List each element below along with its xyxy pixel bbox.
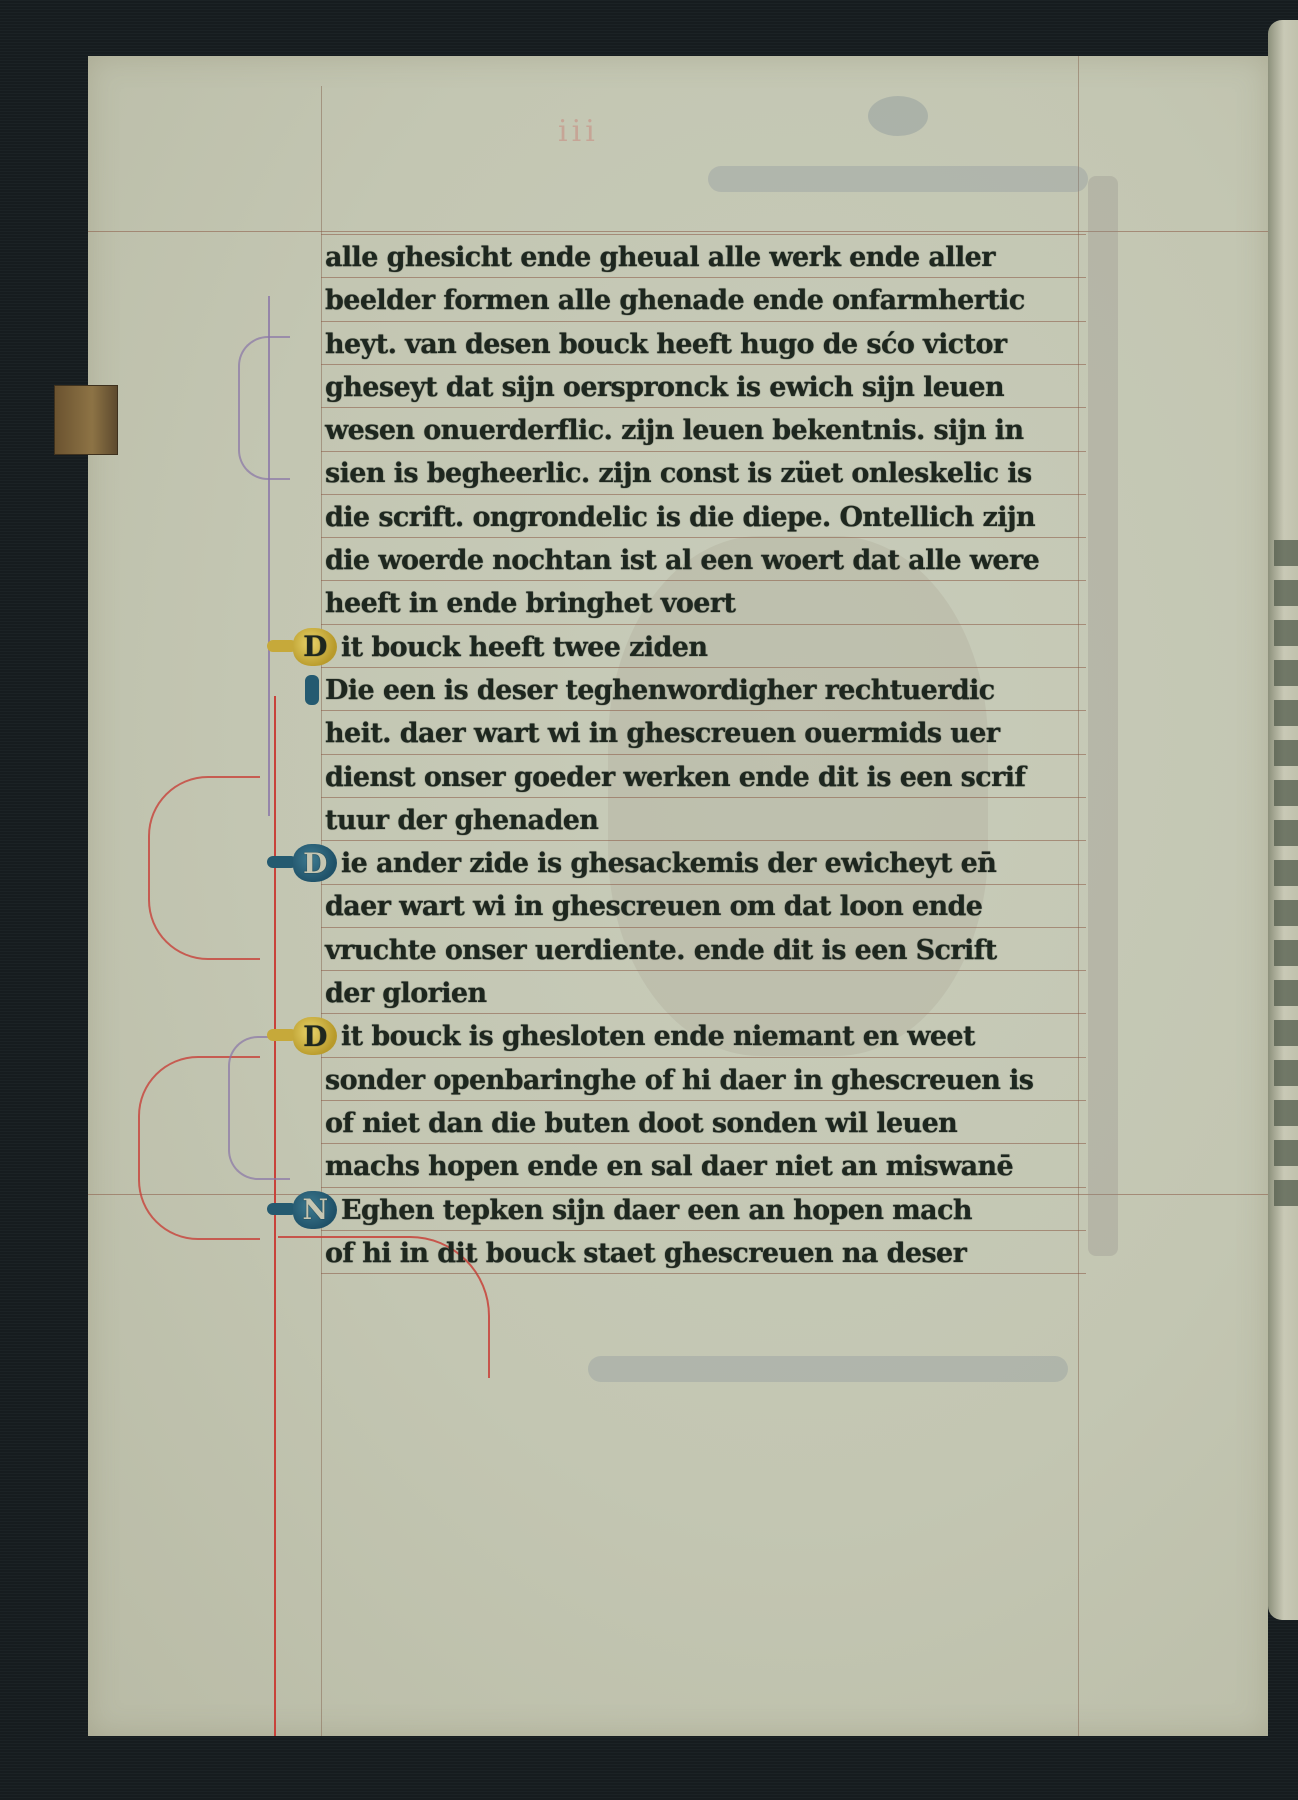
penwork-red-flourish xyxy=(148,776,260,960)
text-line: sien is begheerlic. zijn const is züet o… xyxy=(325,452,1095,495)
ruling-line xyxy=(321,537,1086,538)
text-line: der glorien xyxy=(325,972,1095,1015)
text-line: machs hopen ende en sal daer niet an mis… xyxy=(325,1145,1095,1188)
ruling-line xyxy=(321,407,1086,408)
gold-initial-D: D xyxy=(293,628,337,666)
text-line: daer wart wi in ghescreuen om dat loon e… xyxy=(325,885,1095,928)
ruling-line xyxy=(321,1057,1086,1058)
ruling-line xyxy=(321,1100,1086,1101)
text-line: die woerde nochtan ist al een woert dat … xyxy=(325,539,1095,582)
ruling-line xyxy=(321,364,1086,365)
text-line: heyt. van desen bouck heeft hugo de sćo … xyxy=(325,323,1095,366)
blue-paraph-icon xyxy=(305,675,319,705)
ruling-line xyxy=(321,927,1086,928)
text-line: of niet dan die buten doot sonden wil le… xyxy=(325,1102,1095,1145)
text-line: beelder formen alle ghenade ende onfarmh… xyxy=(325,279,1095,322)
text-line-with-initial: D it bouck heeft twee ziden xyxy=(325,626,1095,669)
ruling-line xyxy=(321,1230,1086,1231)
ruling-line xyxy=(321,1273,1086,1274)
left-ruling xyxy=(321,86,322,1736)
ruling-line xyxy=(321,710,1086,711)
folio-number: iii xyxy=(558,114,599,149)
ruling-line xyxy=(321,234,1086,235)
blue-initial-N: N xyxy=(293,1191,337,1229)
text-line: vruchte onser uerdiente. ende dit is een… xyxy=(325,929,1095,972)
text-line: wesen onuerderflic. zijn leuen bekentnis… xyxy=(325,409,1095,452)
ruling-line xyxy=(321,970,1086,971)
ruling-line xyxy=(321,1143,1086,1144)
text-line: heit. daer wart wi in ghescreuen ouermid… xyxy=(325,712,1095,755)
ruling-line xyxy=(321,840,1086,841)
ruling-line xyxy=(321,1013,1086,1014)
ruling-line xyxy=(321,494,1086,495)
blue-initial-D: D xyxy=(293,844,337,882)
text-line: dienst onser goeder werken ende dit is e… xyxy=(325,756,1095,799)
penwork-violet-flourish xyxy=(228,1036,290,1180)
gold-initial-D: D xyxy=(293,1017,337,1055)
text-line: alle ghesicht ende gheual alle werk ende… xyxy=(325,236,1095,279)
ruling-line xyxy=(321,1187,1086,1188)
text-line: heeft in ende bringhet voert xyxy=(325,582,1095,625)
ruling-line xyxy=(321,667,1086,668)
ruling-line xyxy=(321,277,1086,278)
text-line: of hi in dit bouck staet ghescreuen na d… xyxy=(325,1232,1095,1275)
adjacent-page-edge xyxy=(1268,20,1298,1620)
ruling-line xyxy=(321,451,1086,452)
text-line-with-initial: D ie ander zide is ghesackemis der ewich… xyxy=(325,842,1095,885)
text-line: die scrift. ongrondelic is die diepe. On… xyxy=(325,496,1095,539)
text-column: alle ghesicht ende gheual alle werk ende… xyxy=(325,236,1095,1275)
ruling-line xyxy=(321,580,1086,581)
ruling-line xyxy=(321,797,1086,798)
penwork-red-stem xyxy=(274,696,276,1736)
text-line: gheseyt dat sijn oerspronck is ewich sij… xyxy=(325,366,1095,409)
ruling-line xyxy=(321,624,1086,625)
ruling-line xyxy=(321,321,1086,322)
text-line-with-initial: D it bouck is ghesloten ende niemant en … xyxy=(325,1015,1095,1058)
penwork-violet-flourish xyxy=(238,336,290,480)
ruling-line xyxy=(321,884,1086,885)
text-line-with-paraph: Die een is deser teghenwordigher rechtue… xyxy=(325,669,1095,712)
ruling-line xyxy=(321,754,1086,755)
text-line-with-initial: N Eghen tepken sijn daer een an hopen ma… xyxy=(325,1189,1095,1232)
text-line: sonder openbaringhe of hi daer in ghescr… xyxy=(325,1059,1095,1102)
page-tab-marker xyxy=(54,385,118,455)
text-line: tuur der ghenaden xyxy=(325,799,1095,842)
